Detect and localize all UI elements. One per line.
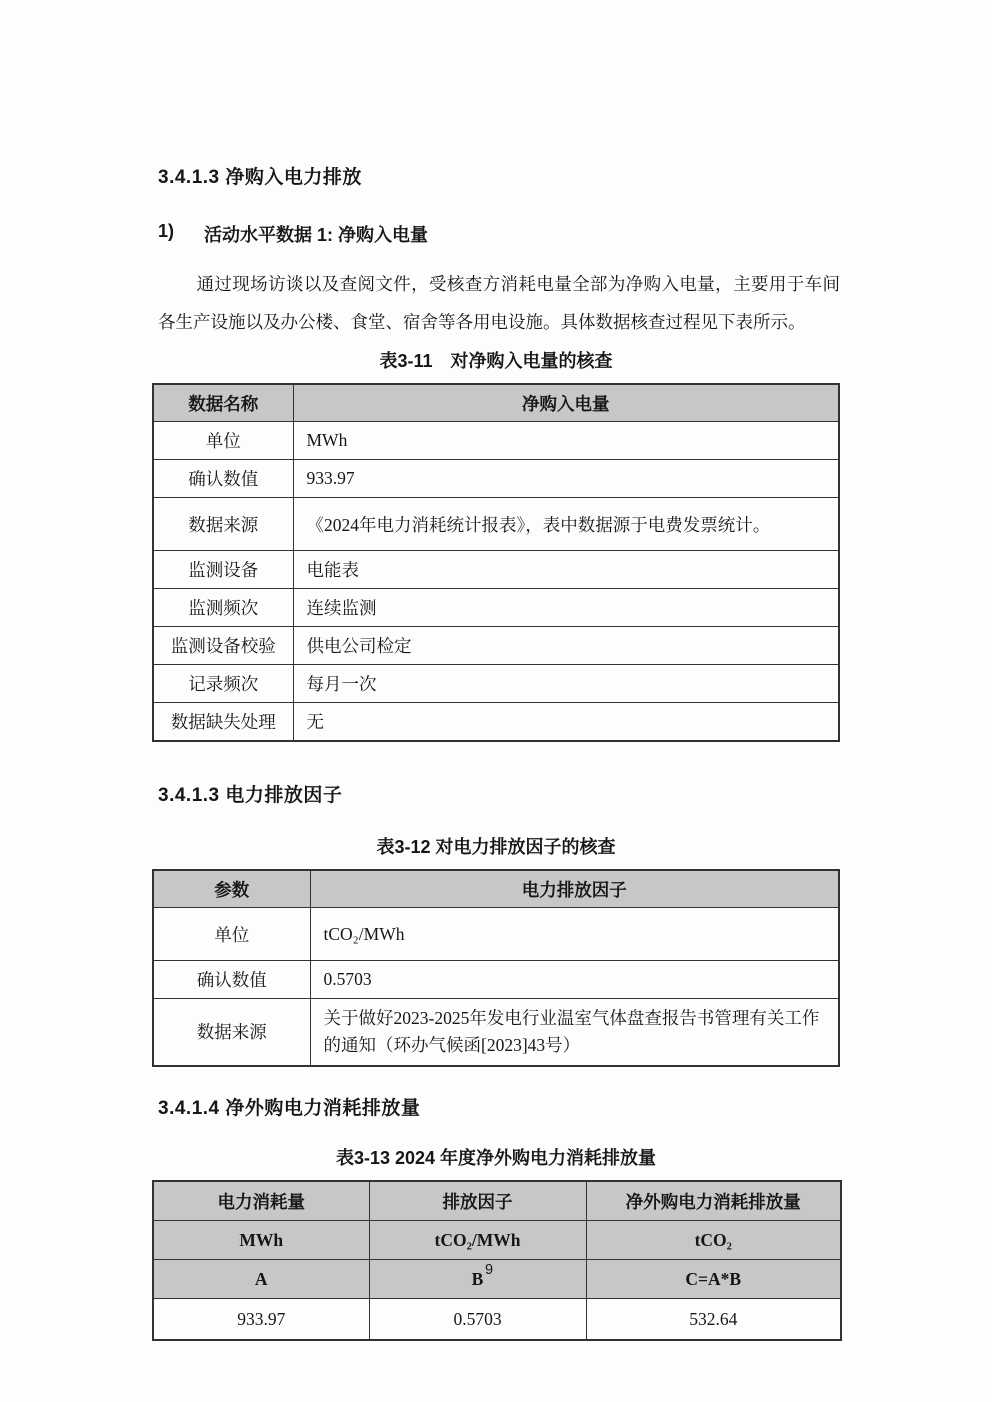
table-row: 单位 MWh	[153, 422, 839, 460]
page-number: 9	[0, 1262, 978, 1278]
table-3-12: 参数 电力排放因子 单位 tCO₂/MWh 确认数值 0.5703 数据来源 关…	[152, 869, 840, 1067]
row-label: 监测频次	[153, 589, 293, 627]
unit-cell: tCO₂	[586, 1221, 841, 1260]
row-value: 供电公司检定	[293, 627, 839, 665]
table-3-13-caption: 表3-13 2024 年度净外购电力消耗排放量	[152, 1144, 840, 1170]
row-label: 监测设备	[153, 551, 293, 589]
row-label: 数据来源	[153, 999, 310, 1067]
table-row: 监测频次 连续监测	[153, 589, 839, 627]
table-unit-row: MWh tCO₂/MWh tCO₂	[153, 1221, 841, 1260]
list-item-number: 1)	[158, 221, 204, 247]
row-label: 单位	[153, 908, 310, 961]
row-label: 单位	[153, 422, 293, 460]
section-heading-net-purchased-electricity-consumption-emissions: 3.4.1.4 净外购电力消耗排放量	[158, 1093, 840, 1120]
table-row: 数据来源 关于做好2023-2025年发电行业温室气体盘查报告书管理有关工作的通…	[153, 999, 839, 1067]
table-row: 监测设备校验 供电公司检定	[153, 627, 839, 665]
table-3-13: 电力消耗量 排放因子 净外购电力消耗排放量 MWh tCO₂/MWh tCO₂ …	[152, 1180, 842, 1341]
table-row: 确认数值 933.97	[153, 460, 839, 498]
table-data-row: 933.97 0.5703 532.64	[153, 1299, 841, 1341]
row-label: 监测设备校验	[153, 627, 293, 665]
document-page: { "page_number": "9", "section1": { "hea…	[0, 0, 992, 1402]
table-3-11-caption: 表3-11 对净购入电量的核查	[152, 347, 840, 373]
table-3-11: 数据名称 净购入电量 单位 MWh 确认数值 933.97 数据来源 《2024…	[152, 383, 840, 742]
body-paragraph: 通过现场访谈以及查阅文件，受核查方消耗电量全部为净购入电量，主要用于车间各生产设…	[158, 265, 840, 341]
row-value: 关于做好2023-2025年发电行业温室气体盘查报告书管理有关工作的通知（环办气…	[310, 999, 839, 1067]
table-row: 数据缺失处理 无	[153, 703, 839, 742]
row-value: tCO₂/MWh	[310, 908, 839, 961]
row-label: 数据缺失处理	[153, 703, 293, 742]
table-row: 记录频次 每月一次	[153, 665, 839, 703]
row-value: 连续监测	[293, 589, 839, 627]
table-row: 单位 tCO₂/MWh	[153, 908, 839, 961]
column-header: 参数	[153, 870, 310, 908]
row-value: 《2024年电力消耗统计报表》，表中数据源于电费发票统计。	[293, 498, 839, 551]
row-label: 确认数值	[153, 961, 310, 999]
unit-cell: tCO₂/MWh	[369, 1221, 586, 1260]
table-row: 监测设备 电能表	[153, 551, 839, 589]
table-header-row: 电力消耗量 排放因子 净外购电力消耗排放量	[153, 1181, 841, 1221]
data-cell: 933.97	[153, 1299, 369, 1341]
column-header: 排放因子	[369, 1181, 586, 1221]
column-header: 净购入电量	[293, 384, 839, 422]
unit-cell: MWh	[153, 1221, 369, 1260]
row-label: 记录频次	[153, 665, 293, 703]
table-header-row: 数据名称 净购入电量	[153, 384, 839, 422]
list-item-title: 活动水平数据 1: 净购入电量	[204, 221, 428, 247]
row-value: 无	[293, 703, 839, 742]
table-3-12-caption: 表3-12 对电力排放因子的核查	[152, 833, 840, 859]
row-label: 数据来源	[153, 498, 293, 551]
column-header: 净外购电力消耗排放量	[586, 1181, 841, 1221]
column-header: 数据名称	[153, 384, 293, 422]
row-value: 每月一次	[293, 665, 839, 703]
column-header: 电力消耗量	[153, 1181, 369, 1221]
data-cell: 0.5703	[369, 1299, 586, 1341]
section-heading-net-purchased-electricity-emissions: 3.4.1.3 净购入电力排放	[158, 162, 840, 189]
column-header: 电力排放因子	[310, 870, 839, 908]
row-value: 0.5703	[310, 961, 839, 999]
table-row: 数据来源 《2024年电力消耗统计报表》，表中数据源于电费发票统计。	[153, 498, 839, 551]
row-label: 确认数值	[153, 460, 293, 498]
data-cell: 532.64	[586, 1299, 841, 1341]
section-heading-electricity-emission-factor: 3.4.1.3 电力排放因子	[158, 780, 840, 807]
table-header-row: 参数 电力排放因子	[153, 870, 839, 908]
page-content: 3.4.1.3 净购入电力排放 1) 活动水平数据 1: 净购入电量 通过现场访…	[152, 162, 840, 1341]
list-item-activity-data: 1) 活动水平数据 1: 净购入电量	[158, 221, 840, 247]
row-value: 电能表	[293, 551, 839, 589]
row-value: 933.97	[293, 460, 839, 498]
table-row: 确认数值 0.5703	[153, 961, 839, 999]
row-value: MWh	[293, 422, 839, 460]
